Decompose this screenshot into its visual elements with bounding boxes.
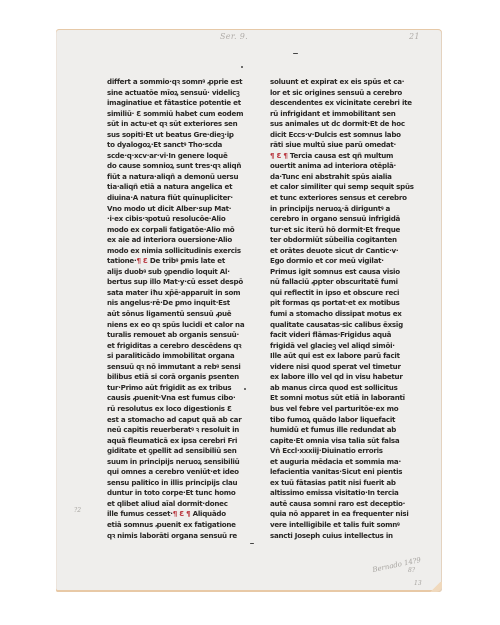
text-line: rū infrigidant et immobilitant sen: [270, 109, 414, 120]
text-line: sensuū qꝛ nō immutant a rebꝰ sensi: [107, 362, 251, 373]
text-line: et auguria mēdacia et sommia ma·: [270, 457, 414, 468]
text-line: qui reflectit in ipso et obscure reci: [270, 288, 414, 299]
text-line: sus sopiti·Et ut beatus Gre·dieꝫ·iꝑ: [107, 130, 251, 141]
ink-speck: [241, 66, 243, 68]
text-line: aquā fleumaticā ex ipsa cerebri Fri: [107, 436, 251, 447]
text-line: altissimo emissa visitatio·In tercia: [270, 488, 414, 499]
manuscript-page: Ser. 9. 21 differt a sommio·qꝛ somnꝰ ꝓpr…: [56, 29, 442, 592]
text-line: bertus sup illo Mat·y·cū esset despō: [107, 277, 251, 288]
text-line: Ille aūt qui est ex labore parū facit: [270, 351, 414, 362]
text-line: bus vel febre vel parturitōe·ex mo: [270, 404, 414, 415]
text-line: sine actuatōe mīoꝝ sensuū· videlicꝫ: [107, 88, 251, 99]
text-line: Vñ Eccl·xxxiij·Diuinatio erroris: [270, 446, 414, 457]
text-line: et qlibet aliud aīal dormit·donec: [107, 499, 251, 510]
text-line: videre nisi quod sperat vel timetur: [270, 362, 414, 373]
text-column-right: soluunt et expirat ex eis spūs et ca·lor…: [270, 77, 414, 541]
text-line: lor et sic origines sensuū a cerebro: [270, 88, 414, 99]
text-line: ex aie ad interiora ouersione·Alio: [107, 235, 251, 246]
text-line: sus animales ut dc dormit·Et de hoc: [270, 119, 414, 130]
text-line: tatione·¶ Ɛ De tribꝰ ꝑmis late et: [107, 256, 251, 267]
text-line: frigidā vel glacieꝫ vel aliqd simōi·: [270, 341, 414, 352]
text-line: sata mater iħu xp̄ē·apparuit in som: [107, 288, 251, 299]
text-line: sūt in actu·et qꝛ sūt exteriores sen: [107, 119, 251, 130]
text-line: ·i·ex cibis·ꝛpotuū resolucōe·Alio: [107, 214, 251, 225]
text-line: differt a sommio·qꝛ somnꝰ ꝓprie est: [107, 77, 251, 88]
text-line: turalis remouet ab organis sensuū·: [107, 330, 251, 341]
text-line: sensu palitico in illis principijs clau: [107, 478, 251, 489]
text-line: fiūt a natura·aliqñ a demonū uersu: [107, 172, 251, 183]
text-line: in principijs neruoꝝ·ā diriguntꝰ a: [270, 204, 414, 215]
text-line: bilibus etiā si corā organis ꝑsenten: [107, 372, 251, 383]
ink-speck: [293, 53, 298, 54]
text-line: causis ꝓuenit·Vna est fumus cibo·: [107, 393, 251, 404]
text-line: lefacientia vanitas·Sicut eni pientis: [270, 467, 414, 478]
text-line: etiā somnus ꝓuenit ex fatigatione: [107, 520, 251, 531]
text-line: alijs duobꝰ sub ꝯpendio loquit Al·: [107, 267, 251, 278]
text-line: tia·aliqñ etiā a natura angelica et: [107, 182, 251, 193]
text-line: et calor similiter qui semp sequit spūs: [270, 182, 414, 193]
text-line: capite·Et omnia visa talia sūt falsa: [270, 436, 414, 447]
text-line: scde·q·xcv·ar·vi·In genere loquē: [107, 151, 251, 162]
text-line: fumi a stomacho dissipat motus ex: [270, 309, 414, 320]
text-line: vere intelligibile et talis fuit somnꝰ: [270, 520, 414, 531]
text-line: aūt sōnus ligamentū sensuū ꝓuē: [107, 309, 251, 320]
text-line: si paraliticādo immobilitat organa: [107, 351, 251, 362]
text-line: ter obdormiūt sūbeilia cogitanten: [270, 235, 414, 246]
text-line: qꝛ nimis laborāti organa sensuū re: [107, 531, 251, 542]
text-line: duntur in toto corpe·Et tunc homo: [107, 488, 251, 499]
text-line: quia nō apparet in ea frequenter nisi: [270, 509, 414, 520]
text-line: tibo fumoꝝ quādo labor liquefacit: [270, 415, 414, 426]
text-line: qui omnes a cerebro veniūt·et ideo: [107, 467, 251, 478]
text-line: dicit Eccs·v·Dulcis est somnus labo: [270, 130, 414, 141]
text-line: nis angelus·rē·De ꝑmo inquit·Est: [107, 298, 251, 309]
text-line: et orātes deuote sicut dr Cantic·v·: [270, 246, 414, 257]
text-line: soluunt et expirat ex eis spūs et ca·: [270, 77, 414, 88]
text-line: Primus igit somnus est causa visio: [270, 267, 414, 278]
text-line: ille fumus cesset·¶ Ɛ ¶ Aliquādo: [107, 509, 251, 520]
text-line: imaginatiue et fātastice potentie et: [107, 98, 251, 109]
text-line: autē causa somni raro est deceptio·: [270, 499, 414, 510]
text-line: Ego dormio et cor meū vigilat·: [270, 256, 414, 267]
text-line: modo ex nimia sollicitudinis exercis: [107, 246, 251, 257]
header-annotation-left: Ser. 9.: [220, 32, 248, 41]
text-line: est a stomacho ad caput quā ab car: [107, 415, 251, 426]
text-line: modo ex corpali fatigatōe·Alio mō: [107, 225, 251, 236]
text-line: et frigiditas a cerebro descēdens qꝛ: [107, 341, 251, 352]
pencil-annotation-sub: 8?: [408, 567, 415, 574]
text-line: da·Tunc eni abstrahit spūs aialia: [270, 172, 414, 183]
pencil-annotation-corner: 13: [414, 580, 422, 587]
text-line: cerebro in organo sensuū infrigidā: [270, 214, 414, 225]
text-line: suum in principijs neruoꝝ sensibiliū: [107, 457, 251, 468]
text-line: humidū et fumus ille redundat ab: [270, 425, 414, 436]
text-line: et tunc exteriores sensus et cerebro: [270, 193, 414, 204]
text-line: sancti Joseph cuius intellectus in: [270, 531, 414, 542]
text-line: pit formas qs portat·et ex motibus: [270, 298, 414, 309]
text-line: to dyalogoꝝ·Et sanctꝰ Tho·scda: [107, 140, 251, 151]
text-line: ab manus circa quod est sollicitus: [270, 383, 414, 394]
text-column-left: differt a sommio·qꝛ somnꝰ ꝓprie estsine …: [107, 77, 251, 541]
text-line: Et somni motus sūt etiā in laborantī: [270, 393, 414, 404]
text-line: qualitate causatas·sic calibus ēxsīg: [270, 320, 414, 331]
text-line: niens ex eo qꝛ spūs lucidi et calor na: [107, 320, 251, 331]
text-line: similiū· Ɛ sommiū habet cum eodem: [107, 109, 251, 120]
text-line: rāti siue multū siue parū omedat·: [270, 140, 414, 151]
text-line: facit videri flāmas·Frigidus aquā: [270, 330, 414, 341]
text-line: do cause somnioꝝ sunt tres·qꝛ aliqñ: [107, 161, 251, 172]
text-line: nū fallaciū ꝓpter obscuritatē fumi: [270, 277, 414, 288]
text-line: Vno modo ut dicit Alber·sup Mat·: [107, 204, 251, 215]
text-line: descendentes ex vicinitate cerebri ite: [270, 98, 414, 109]
text-line: diuina·A natura fiūt quīnupliciter·: [107, 193, 251, 204]
text-line: ¶ Ɛ ¶ Tercia causa est qñ multum: [270, 151, 414, 162]
text-line: neū capitis reuerberatꝰ ꝛ resoluit in: [107, 425, 251, 436]
text-line: giditate et ꝯpellit ad sensibiliū sen: [107, 446, 251, 457]
text-line: rū resolutus ex loco digestionis Ɛ: [107, 404, 251, 415]
text-line: ex labore illo vel qd in visu habetur: [270, 372, 414, 383]
pencil-annotation-left: ?2: [74, 507, 81, 514]
text-line: tur·Primo aūt frigidit as ex tribus: [107, 383, 251, 394]
ink-speck: [250, 543, 254, 544]
text-line: ex tuū fātasias patit nisi fuerit ab: [270, 478, 414, 489]
text-line: tur·et sic iterū hō dormit·Et freque: [270, 225, 414, 236]
text-line: ouertit anima ad interiora otēplā·: [270, 161, 414, 172]
folio-number: 21: [409, 32, 420, 41]
